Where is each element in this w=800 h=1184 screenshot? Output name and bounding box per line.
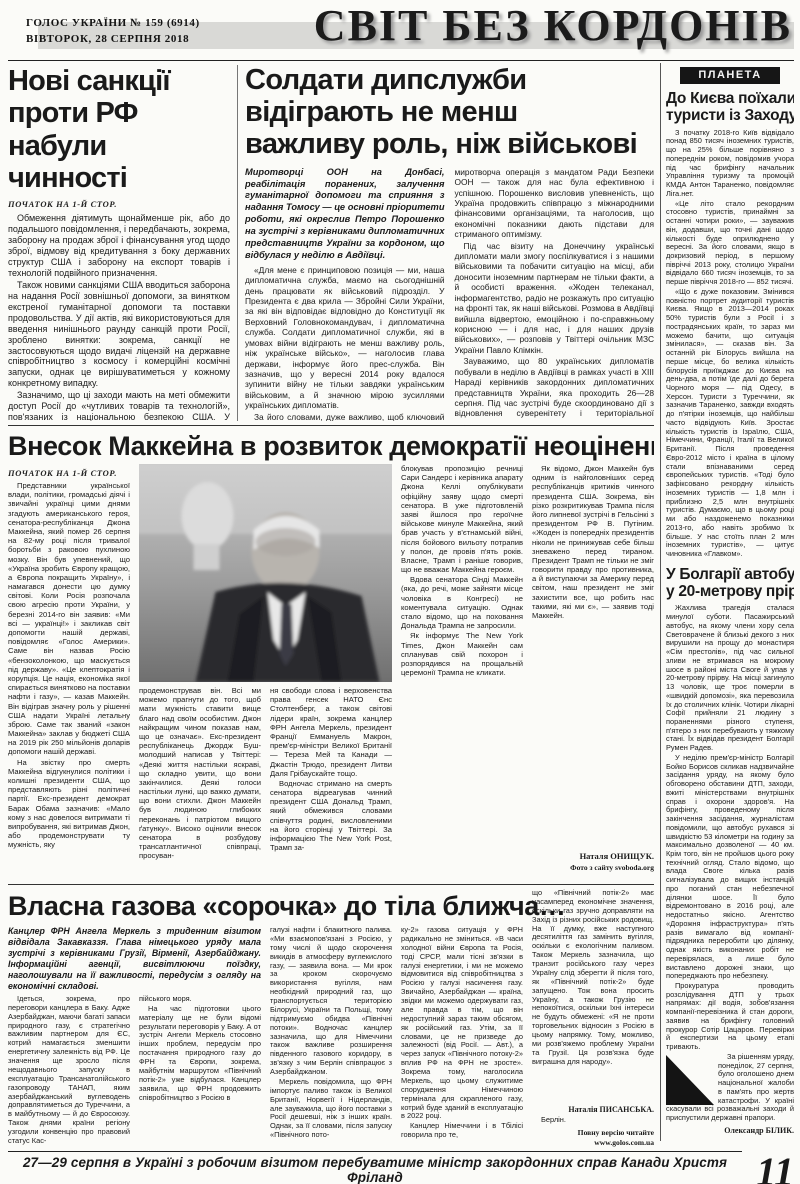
paragraph: продемонстрував він. Всі ми можемо прагн… [139,686,261,861]
gas-signature: Наталія ПИСАНСЬКА. Берлін. Повну версію … [532,1101,654,1147]
headline-line: важливу роль, ніж військові [245,129,654,161]
gas-col3-body: галузі нафти і блакитного палива. «Ми вз… [270,926,392,1141]
article-gas: Власна газова «сорочка» до тіла ближча… … [8,889,654,1147]
diplomats-col-1: Миротворці ООН на Донбасі, реабілітація … [245,167,445,421]
headline-line: у 20-метрову прірву [666,583,794,600]
paragraph: ня свободи слова і верховенства права ге… [270,686,392,778]
planeta-section-label: ПЛАНЕТА [680,67,780,84]
newspaper-page: ГОЛОС УКРАЇНИ № 159 (6914) ВІВТОРОК, 28 … [0,0,800,1184]
paragraph: що «Північний потік-2» має насамперед ек… [532,889,654,1067]
article-gas-headline: Власна газова «сорочка» до тіла ближча… [8,891,523,922]
news-ticker: 27—29 серпня в Україні з робочим візитом… [8,1151,742,1184]
mccain-col-5: Як відомо, Джон Маккейн був одним із най… [532,464,654,872]
diplomats-col1-body: «Для мене є принциповою позиція — ми, на… [245,265,445,421]
paragraph: Як відомо, Джон Маккейн був одним із най… [532,464,654,620]
paragraph: галузі нафти і блакитного палива. «Ми вз… [270,926,392,1077]
mccain-col3-body: ня свободи слова і верховенства права ге… [270,686,392,853]
paragraph: Зауважимо, що 80 українських дипломатів … [455,356,655,421]
headline-line: У Болгарії автобус упав [666,566,794,583]
mccain-photo-credit: Фото з сайту svoboda.org [532,863,654,872]
article-diplomats-columns: Миротворці ООН на Донбасі, реабілітація … [245,167,654,421]
article-gas-lead: Канцлер ФРН Ангела Меркель з триденним в… [8,926,261,992]
article-gas-columns: Власна газова «сорочка» до тіла ближча… … [8,889,654,1147]
gas-byline: Наталія ПИСАНСЬКА. [532,1105,654,1114]
masthead-rule [8,60,794,61]
article-mccain: Внесок Маккейна в розвиток демократії не… [8,430,654,880]
article-sanctions-body: Обмеження діятимуть щонайменше рік, або … [8,213,230,421]
paragraph: Канцлер Німеччини і в Тбілісі говорила п… [401,1122,523,1140]
paragraph: Обмеження діятимуть щонайменше рік, або … [8,213,230,279]
gas-lead-block: Канцлер ФРН Ангела Меркель з триденним в… [8,926,261,995]
continued-from-page1-note: ПОЧАТОК НА 1-Й СТОР. [8,468,130,478]
paragraph: З початку 2018-го Київ відвідало понад 8… [666,129,794,199]
paragraph: Водночас стримано на смерть сенатора від… [270,779,392,853]
headline-line: Солдати дипслужби [245,65,654,97]
full-version-note: Повну версію читайтеwww.golos.com.ua [532,1128,654,1147]
diplomats-col2-body: миротворча операція з мандатом Ради Безп… [455,167,655,421]
article-diplomats-headline: Солдати дипслужбивідіграють не меншважли… [245,65,654,161]
article-mccain-headline: Внесок Маккейна в розвиток демократії не… [8,431,654,462]
paragraph: пійського моря. [139,995,261,1004]
top-articles-row: Нові санкціїпроти РФнабули чинності ПОЧА… [8,63,654,421]
mccain-col-4: блокував пропозицію речниці Сари Сандерс… [401,464,523,872]
paragraph: миротворча операція з мандатом Ради Безп… [455,167,655,240]
headline-line: Нові санкції [8,65,230,97]
paragraph: Жахлива трагедія сталася минулої суботи.… [666,604,794,752]
article-sanctions-headline: Нові санкціїпроти РФнабули чинності [8,65,230,195]
bulgaria-byline: Олександр БІЛИК. [666,1126,794,1135]
article-kyiv-tourists: До Києва поїхалитуристи із Заходу З поча… [666,90,794,559]
section-banner: СВІТ БЕЗ КОРДОНІВ [314,0,792,51]
headline-line: туристи із Заходу [666,107,794,124]
paragraph: блокував пропозицію речниці Сари Сандерс… [401,464,523,574]
article-mccain-columns: ПОЧАТОК НА 1-Й СТОР. Представники україн… [8,464,654,872]
kyiv-headline: До Києва поїхалитуристи із Заходу [666,90,794,125]
paragraph: «Для мене є принциповою позиція — ми, на… [245,265,445,411]
mccain-col2-body: продемонстрував він. Всі ми можемо прагн… [139,686,261,862]
headline-line: До Києва поїхали [666,90,794,107]
mccain-col-3: ня свободи слова і верховенства права ге… [270,686,392,872]
issue-line: ГОЛОС УКРАЇНИ № 159 (6914) [26,16,200,32]
date-line: ВІВТОРОК, 28 СЕРПНЯ 2018 [26,32,200,48]
mccain-signature: Наталя ОНИЩУК. Фото з сайту svoboda.org [532,847,654,872]
paragraph: У неділю прем'єр-міністр Болгарії Бойко … [666,754,794,981]
paragraph: Зазначимо, що ці заходи мають на меті об… [8,390,230,421]
paragraph: Вдова сенатора Сінді Маккейн (яка, до ре… [401,575,523,630]
paragraph: «Що є дуже показовим. Змінився повністю … [666,288,794,559]
paragraph: Як інформує The New York Times, Джон Мак… [401,631,523,677]
article-sanctions: Нові санкціїпроти РФнабули чинності ПОЧА… [8,63,230,421]
paragraph: За його словами, дуже важливо, щоб ключо… [245,412,445,421]
article-diplomats: Солдати дипслужбивідіграють не меншважли… [245,63,654,421]
gas-col4-body: ку-2» газова ситуація у ФРН радикально н… [401,926,523,1141]
paragraph: Представники української влади, політики… [8,481,130,757]
paragraph: Прокуратура проводить розслідування ДТП … [666,982,794,1052]
paragraph: На час підготовки цього матеріалу ще не … [139,1005,261,1103]
headline-line: відіграють не менш [245,97,654,129]
gas-col1-body: Ідеться, зокрема, про переговори канцлер… [8,995,130,1147]
paragraph: Під час візиту на Донеччину українські д… [455,241,655,356]
mccain-col5-body: Як відомо, Джон Маккейн був одним із най… [532,464,654,621]
note-line: Повну версію читайте [532,1128,654,1137]
gas-col2-body: пійського моря.На час підготовки цього м… [139,995,261,1104]
gas-col-4: ку-2» газова ситуація у ФРН радикально н… [401,926,523,1147]
bulgaria-headline: У Болгарії автобус упаву 20-метрову прір… [666,566,794,601]
planeta-section: ПЛАНЕТА До Києва поїхалитуристи із Заход… [666,63,794,1141]
paragraph: Меркель повідомила, що ФРН імпортує пали… [270,1078,392,1140]
kyiv-body: З початку 2018-го Київ відвідало понад 8… [666,129,794,559]
mccain-col4-body: блокував пропозицію речниці Сари Сандерс… [401,464,523,678]
section-rule [8,884,654,885]
paragraph: Ідеться, зокрема, про переговори канцлер… [8,995,130,1146]
gas-col-5: що «Північний потік-2» має насамперед ек… [532,889,654,1147]
page-footer: 27—29 серпня в Україні з робочим візитом… [8,1151,794,1184]
corner-triangle-graphic [666,1055,714,1105]
main-columns: Нові санкціїпроти РФнабули чинності ПОЧА… [8,63,654,1147]
sidebar-divider [660,63,661,1141]
diplomats-col-2: миротворча операція з мандатом Ради Безп… [455,167,655,421]
bulgaria-body: Жахлива трагедія сталася минулої суботи.… [666,604,794,1051]
bulgaria-last-paragraph-block: За рішенням уряду, понеділок, 27 серпня,… [666,1053,794,1135]
mccain-photo [139,464,392,682]
gas-col-2: пійського моря.На час підготовки цього м… [139,995,261,1147]
note-line: www.golos.com.ua [532,1138,654,1147]
column-divider [237,65,238,421]
headline-line: набули чинності [8,130,230,195]
page-content: Нові санкціїпроти РФнабули чинності ПОЧА… [8,63,794,1147]
masthead: ГОЛОС УКРАЇНИ № 159 (6914) ВІВТОРОК, 28 … [8,6,794,58]
paragraph: ку-2» газова ситуація у ФРН радикально н… [401,926,523,1121]
mccain-byline: Наталя ОНИЩУК. [532,851,654,861]
paragraph: Також новими санкціями США вводиться заб… [8,280,230,390]
mccain-col-1: ПОЧАТОК НА 1-Й СТОР. Представники україн… [8,464,130,872]
mccain-col1-body: Представники української влади, політики… [8,481,130,851]
paragraph: На звістку про смерть Маккейна відгукнул… [8,758,130,850]
issue-info: ГОЛОС УКРАЇНИ № 159 (6914) ВІВТОРОК, 28 … [26,16,200,48]
article-bulgaria-bus: У Болгарії автобус упаву 20-метрову прір… [666,566,794,1135]
page-number: 11 [742,1153,794,1184]
gas-col-1: Ідеться, зокрема, про переговори канцлер… [8,995,130,1147]
article-diplomats-lead: Миротворці ООН на Донбасі, реабілітація … [245,167,445,262]
gas-byline-city: Берлін. [532,1115,654,1124]
mccain-photo-graphic [139,464,392,682]
paragraph: «Це літо стало рекордним стосовно турист… [666,200,794,287]
section-rule [8,425,654,426]
mccain-col-2: продемонстрував він. Всі ми можемо прагн… [139,686,261,872]
gas-col5-body: що «Північний потік-2» має насамперед ек… [532,889,654,1068]
gas-col-3: галузі нафти і блакитного палива. «Ми вз… [270,926,392,1147]
continued-from-page1-note: ПОЧАТОК НА 1-Й СТОР. [8,199,230,209]
headline-line: проти РФ [8,97,230,129]
